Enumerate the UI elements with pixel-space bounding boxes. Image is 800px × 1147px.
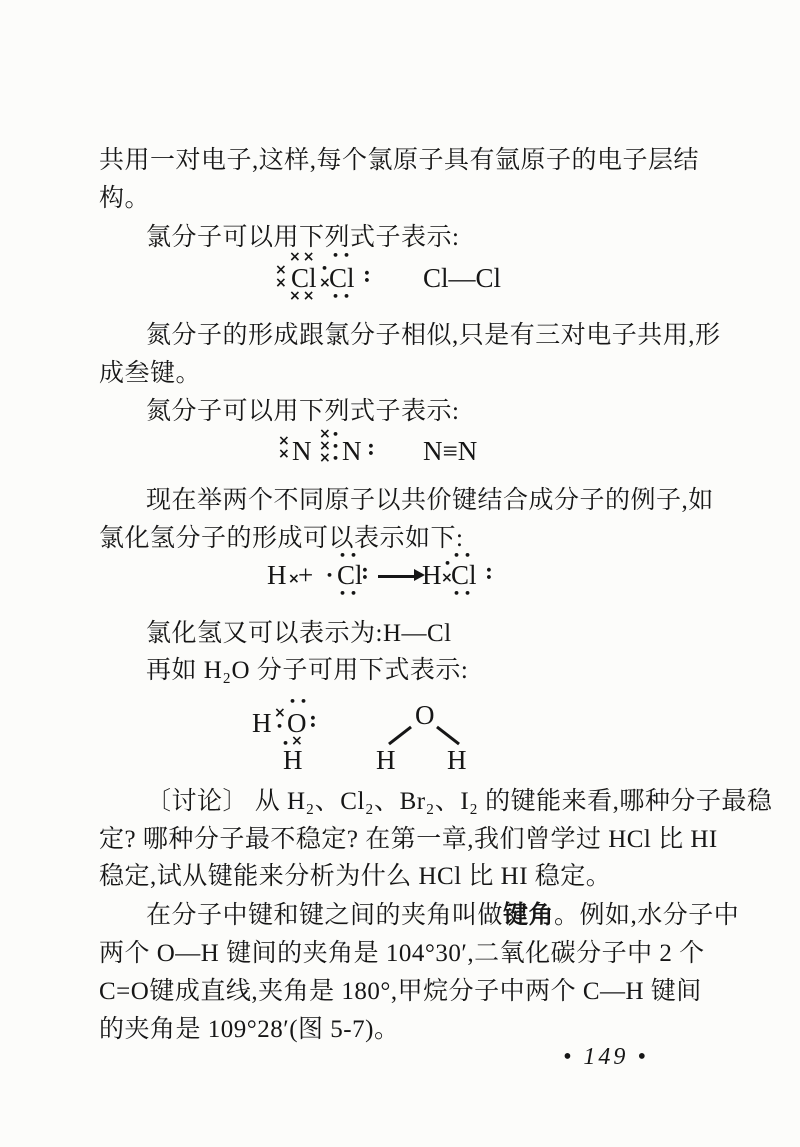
body-text: 。例如,水分子中 [554,902,739,929]
body-line-7: 现在举两个不同原子以共价键结合成分子的例子,如 [146,485,714,517]
electron-dot-pair: •• [332,291,354,302]
atom-n: N [292,438,312,465]
atom-cl: Cl [337,562,363,589]
body-line-16: C=O键成直线,夹角是 180°,甲烷分子中两个 C—H 键间 [99,976,702,1008]
plus-sign: + [298,562,313,589]
electron-dot-pair: •• [289,696,311,707]
atom-h: H [267,562,287,589]
electron-dot: • [276,721,287,732]
discussion-line-1: 〔讨论〕 从 H₂、Cl₂、Br₂、I₂ 的键能来看,哪种分子最稳 [146,786,772,818]
structural-formula-cl2: Cl—Cl [423,265,501,292]
body-line-10: 再如 H₂O 分子可用下式表示: [146,655,468,687]
electron-x: × [275,276,289,290]
atom-h: H [252,710,272,737]
electron-x: × [319,451,333,465]
electron-x-pair: ×× [289,289,316,303]
electron-pair: : [363,263,371,287]
electron-dot-pair: •• [339,588,361,599]
body-line-9: 氯化氢又可以表示为:H—Cl [146,618,452,650]
body-text: 在分子中键和键之间的夹角叫做 [146,902,503,929]
body-line-15: 两个 O—H 键间的夹角是 104°30′,二氧化碳分子中 2 个 [99,938,705,970]
electron-pair: : [367,436,375,460]
electron-x: × [274,706,288,720]
atom-h: H [283,747,303,774]
hcl-formation-equation: H×+•Cl••••:H•×Cl••••: [260,550,510,606]
electron-dot-pair: •• [332,250,354,261]
body-line-14: 在分子中键和键之间的夹角叫做键角。例如,水分子中 [146,900,739,932]
n2-lewis-formula: ××N×××•••N:N≡N [277,431,507,477]
electron-x-pair: ×× [289,250,316,264]
electron-dot: • [326,570,337,581]
h2o-lewis-and-structural-formula: H×•O••:•×HOHH [250,694,490,778]
electron-pair: : [485,560,493,584]
reaction-arrow [378,575,416,578]
atom-cl: Cl [451,562,477,589]
atom-o: O [415,702,435,729]
discussion-line-3: 稳定,试从键能来分析为什么 HCl 比 HI 稳定。 [99,861,611,893]
electron-dot-pair: •• [453,550,475,561]
atom-n: N [342,438,362,465]
atom-cl: Cl [329,265,355,292]
atom-h: H [376,747,396,774]
o-h-bond [436,726,460,746]
cl2-lewis-formula: ××××Cl××•×Cl••••:Cl—Cl [274,253,504,305]
body-line-2: 构。 [99,183,150,215]
electron-pair: : [361,560,369,584]
o-h-bond [388,726,412,746]
structural-formula-n2: N≡N [423,438,477,465]
electron-pair: : [309,708,317,732]
discussion-line-2: 定? 哪种分子最不稳定? 在第一章,我们曾学过 HCl 比 HI [99,824,718,856]
body-line-6: 氮分子可以用下列式子表示: [146,396,459,428]
atom-h: H [422,562,442,589]
body-line-17: 的夹角是 109°28′(图 5-7)。 [99,1014,399,1046]
body-line-1: 共用一对电子,这样,每个氯原子具有氩原子的电子层结 [99,145,699,177]
atom-h: H [447,747,467,774]
body-line-5: 成叁键。 [99,358,201,390]
electron-x: × [278,447,292,461]
page-number: • 149 • [563,1044,649,1071]
electron-dot-pair: •• [453,588,475,599]
term-bond-angle: 键角 [503,902,554,929]
electron-dot-pair: •• [339,550,361,561]
textbook-page: 共用一对电子,这样,每个氯原子具有氩原子的电子层结 构。 氯分子可以用下列式子表… [0,0,800,1147]
body-line-4: 氮分子的形成跟氯分子相似,只是有三对电子共用,形 [146,320,721,352]
